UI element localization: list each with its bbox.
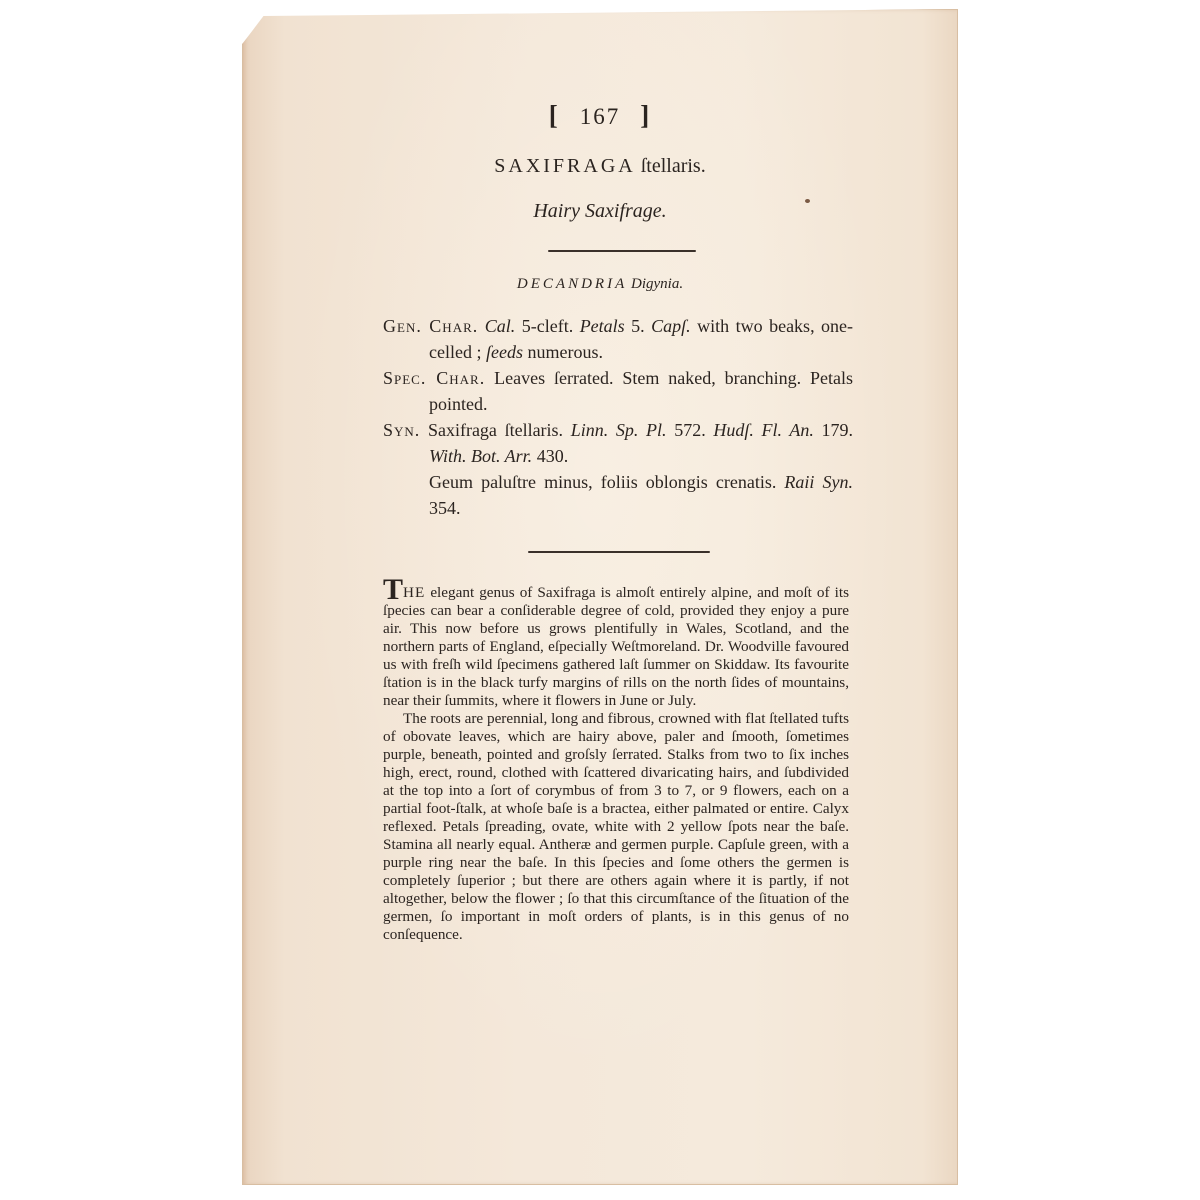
characters-block: Gen. Char. Cal. 5-cleft. Petals 5. Capſ.… bbox=[383, 313, 853, 521]
text-caps: HE bbox=[403, 584, 425, 601]
common-name: Hairy Saxifrage. bbox=[0, 200, 1200, 223]
order-name: Digynia. bbox=[631, 276, 683, 292]
species-title: SAXIFRAGA ſtellaris. bbox=[0, 155, 1200, 178]
text-italic: Capſ. bbox=[651, 316, 691, 336]
folio-number: 167 bbox=[580, 104, 621, 129]
class-name: DECANDRIA bbox=[517, 276, 627, 292]
genus-name: SAXIFRAGA bbox=[494, 155, 635, 177]
divider-rule bbox=[528, 551, 710, 553]
text-italic: With. Bot. Arr. bbox=[429, 446, 532, 466]
text-italic: Linn. Sp. Pl. bbox=[571, 420, 667, 440]
text: numerous. bbox=[523, 342, 603, 362]
text: 179. bbox=[814, 420, 853, 440]
gen-char-label: Gen. Char. bbox=[383, 316, 478, 336]
text: Leaves ſerrated. Stem naked, branching. … bbox=[429, 368, 853, 414]
text: 572. bbox=[667, 420, 714, 440]
divider-rule bbox=[548, 250, 696, 252]
species-name: ſtellaris. bbox=[641, 155, 706, 177]
text: Saxifraga ſtellaris. bbox=[420, 420, 570, 440]
bracket-right: ] bbox=[640, 100, 651, 130]
paragraph: The roots are perennial, long and fibrou… bbox=[383, 710, 849, 944]
text-italic: Hudſ. Fl. An. bbox=[713, 420, 813, 440]
description-body: THE elegant genus of Saxifraga is almoſt… bbox=[383, 580, 849, 944]
text-italic: ſeeds bbox=[486, 342, 523, 362]
paragraph: THE elegant genus of Saxifraga is almoſt… bbox=[383, 580, 849, 710]
linnaean-class: DECANDRIA Digynia. bbox=[0, 276, 1200, 293]
generic-character: Gen. Char. Cal. 5-cleft. Petals 5. Capſ.… bbox=[383, 313, 853, 365]
text: 5-cleft. bbox=[515, 316, 579, 336]
text: 354. bbox=[429, 498, 461, 518]
synonym-alternate: Geum paluſtre minus, foliis oblongis cre… bbox=[383, 469, 853, 521]
spec-char-label: Spec. Char. bbox=[383, 368, 485, 388]
text-italic: Petals bbox=[580, 316, 625, 336]
text-italic: Raii Syn. bbox=[784, 472, 853, 492]
text: elegant genus of Saxifraga is almoſt ent… bbox=[383, 584, 849, 709]
syn-label: Syn. bbox=[383, 420, 420, 440]
text-italic: Cal. bbox=[485, 316, 516, 336]
text: 5. bbox=[625, 316, 651, 336]
bracket-left: [ bbox=[549, 100, 560, 130]
specific-character: Spec. Char. Leaves ſerrated. Stem naked,… bbox=[383, 365, 853, 417]
text: Geum paluſtre minus, foliis oblongis cre… bbox=[429, 472, 784, 492]
page-number: [167] bbox=[0, 100, 1200, 131]
synonyms: Syn. Saxifraga ſtellaris. Linn. Sp. Pl. … bbox=[383, 417, 853, 469]
text: 430. bbox=[532, 446, 568, 466]
